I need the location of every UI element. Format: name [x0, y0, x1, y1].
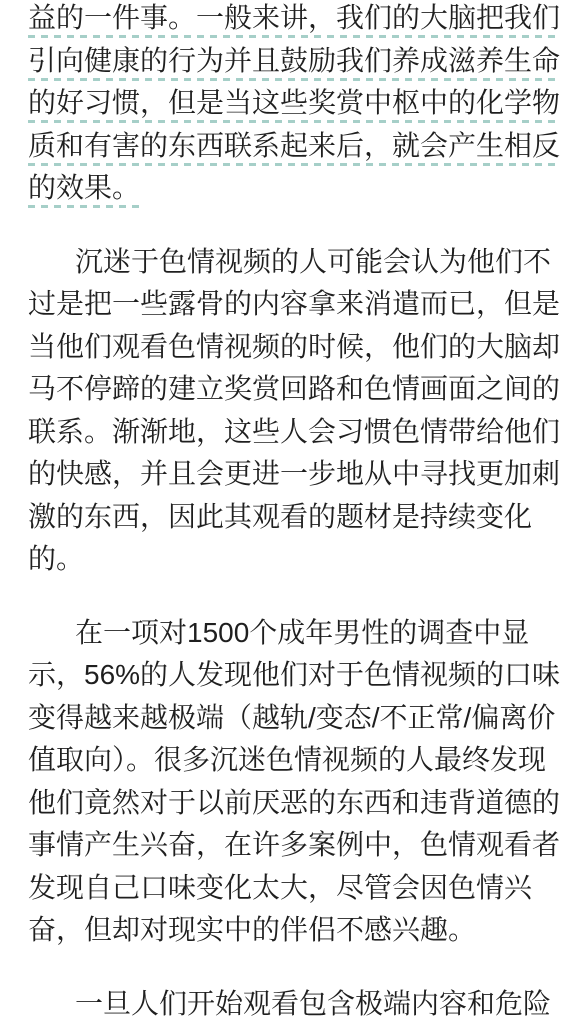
text-line: 的好习惯，但是当这些奖赏中枢中的化学物 — [28, 82, 562, 125]
paragraph: 益的一件事。一般来讲，我们的大脑把我们引向健康的行为并且鼓励我们养成滋养生命的好… — [28, 0, 562, 210]
text: 激的东西，因此其观看的题材是持续变化 — [28, 501, 532, 532]
text: 事情产生兴奋，在许多案例中，色情观看者 — [28, 829, 560, 860]
text-line: 的效果。 — [28, 167, 562, 210]
text-line: 益的一件事。一般来讲，我们的大脑把我们 — [28, 0, 562, 40]
text-line: 马不停蹄的建立奖赏回路和色情画面之间的 — [28, 368, 562, 411]
paragraph: 在一项对1500个成年男性的调查中显示，56%的人发现他们对于色情视频的口味变得… — [28, 612, 562, 952]
text-line: 他们竟然对于以前厌恶的东西和违背道德的 — [28, 782, 562, 825]
underlined-text: 益的一件事。一般来讲，我们的大脑把我们 — [28, 2, 560, 38]
text: 他们竟然对于以前厌恶的东西和违背道德的 — [28, 787, 560, 818]
text: 示，56%的人发现他们对于色情视频的口味 — [28, 659, 560, 690]
text-line: 的。 — [28, 538, 562, 581]
text: 沉迷于色情视频的人可能会认为他们不 — [75, 246, 551, 277]
underlined-text: 的效果。 — [28, 172, 140, 208]
text: 马不停蹄的建立奖赏回路和色情画面之间的 — [28, 373, 560, 404]
text: 发现自己口味变化太大，尽管会因色情兴 — [28, 872, 532, 903]
paragraph: 沉迷于色情视频的人可能会认为他们不过是把一些露骨的内容拿来消遣而已，但是当他们观… — [28, 241, 562, 581]
text-line: 变得越来越极端（越轨/变态/不正常/偏离价 — [28, 697, 562, 740]
text-line: 示，56%的人发现他们对于色情视频的口味 — [28, 654, 562, 697]
text: 的。 — [28, 543, 84, 574]
text: 值取向）。很多沉迷色情视频的人最终发现 — [28, 744, 546, 775]
text-line: 过是把一些露骨的内容拿来消遣而已，但是 — [28, 283, 562, 326]
text-line: 质和有害的东西联系起来后，就会产生相反 — [28, 125, 562, 168]
underlined-text: 引向健康的行为并且鼓励我们养成滋养生命 — [28, 45, 560, 81]
paragraph: 一旦人们开始观看包含极端内容和危险 — [28, 983, 562, 1017]
text-line: 发现自己口味变化太大，尽管会因色情兴 — [28, 867, 562, 910]
text-line: 当他们观看色情视频的时候，他们的大脑却 — [28, 326, 562, 369]
text-line: 一旦人们开始观看包含极端内容和危险 — [28, 983, 562, 1017]
text-line: 联系。渐渐地，这些人会习惯色情带给他们 — [28, 411, 562, 454]
underlined-text: 的好习惯，但是当这些奖赏中枢中的化学物 — [28, 87, 560, 123]
article-body: 益的一件事。一般来讲，我们的大脑把我们引向健康的行为并且鼓励我们养成滋养生命的好… — [0, 0, 580, 1017]
text-line: 事情产生兴奋，在许多案例中，色情观看者 — [28, 824, 562, 867]
text-line: 在一项对1500个成年男性的调查中显 — [28, 612, 562, 655]
text-line: 引向健康的行为并且鼓励我们养成滋养生命 — [28, 40, 562, 83]
text: 一旦人们开始观看包含极端内容和危险 — [75, 988, 551, 1017]
text-line: 激的东西，因此其观看的题材是持续变化 — [28, 496, 562, 539]
text: 的快感，并且会更进一步地从中寻找更加刺 — [28, 458, 560, 489]
text: 当他们观看色情视频的时候，他们的大脑却 — [28, 331, 560, 362]
text-line: 沉迷于色情视频的人可能会认为他们不 — [28, 241, 562, 284]
text: 过是把一些露骨的内容拿来消遣而已，但是 — [28, 288, 560, 319]
underlined-text: 质和有害的东西联系起来后，就会产生相反 — [28, 130, 560, 166]
text-line: 奋，但却对现实中的伴侣不感兴趣。 — [28, 909, 562, 952]
text-line: 值取向）。很多沉迷色情视频的人最终发现 — [28, 739, 562, 782]
text: 联系。渐渐地，这些人会习惯色情带给他们 — [28, 416, 560, 447]
text-line: 的快感，并且会更进一步地从中寻找更加刺 — [28, 453, 562, 496]
reader-page: { "page": { "background_color": "#ffffff… — [0, 0, 580, 1017]
text: 奋，但却对现实中的伴侣不感兴趣。 — [28, 914, 476, 945]
text: 变得越来越极端（越轨/变态/不正常/偏离价 — [28, 702, 555, 733]
text: 在一项对1500个成年男性的调查中显 — [75, 617, 529, 648]
